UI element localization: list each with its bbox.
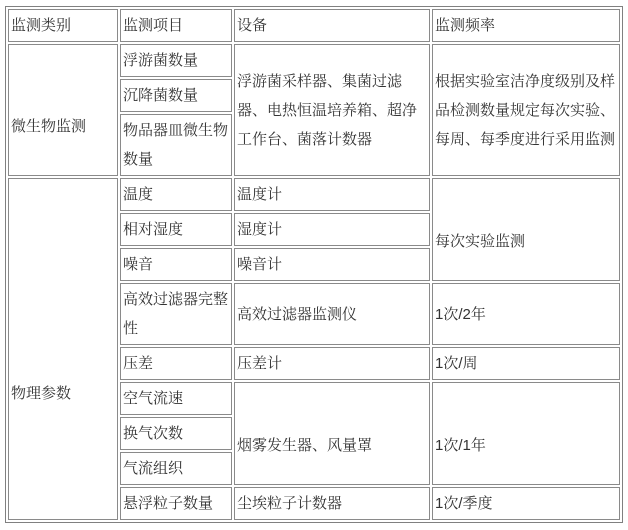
cell-item-temperature: 温度	[120, 178, 232, 211]
cell-equipment-particle-counter: 尘埃粒子计数器	[234, 487, 430, 520]
cell-equipment-sound-meter: 噪音计	[234, 248, 430, 281]
cell-text: 物理参数	[11, 379, 71, 408]
cell-frequency-hepa: 1次/2年	[432, 283, 620, 345]
cell-text: 1次/1年	[435, 431, 486, 460]
cell-frequency-airflow: 1次/1年	[432, 382, 620, 485]
cell-text: 每次实验监测	[435, 227, 525, 256]
page: 监测类别 监测项目 设备 监测频率 微生物监测 浮游菌数量 浮游菌采样器、集菌过…	[0, 0, 628, 530]
header-monitoring-frequency: 监测频率	[432, 9, 620, 42]
cell-text: 微生物监测	[11, 112, 86, 141]
cell-equipment-hepa-monitor: 高效过滤器监测仪	[234, 283, 430, 345]
cell-equipment-manometer: 压差计	[234, 347, 430, 380]
cell-item-air-change-rate: 换气次数	[120, 417, 232, 450]
header-monitoring-item: 监测项目	[120, 9, 232, 42]
cell-equipment-smoke-generator: 烟雾发生器、风量罩	[234, 382, 430, 485]
cell-item-relative-humidity: 相对湿度	[120, 213, 232, 246]
cell-category-physical: 物理参数	[8, 178, 118, 520]
cell-equipment-microbiology: 浮游菌采样器、集菌过滤器、电热恒温培养箱、超净工作台、菌落计数器	[234, 44, 430, 176]
cell-item-noise: 噪音	[120, 248, 232, 281]
cell-item-suspended-particles: 悬浮粒子数量	[120, 487, 232, 520]
cell-item-airflow-pattern: 气流组织	[120, 452, 232, 485]
header-row: 监测类别 监测项目 设备 监测频率	[8, 9, 620, 42]
monitoring-table: 监测类别 监测项目 设备 监测频率 微生物监测 浮游菌数量 浮游菌采样器、集菌过…	[5, 6, 623, 523]
cell-item-airborne-bacteria: 浮游菌数量	[120, 44, 232, 77]
table-row: 物理参数 温度 温度计 每次实验监测	[8, 178, 620, 211]
table-row: 微生物监测 浮游菌数量 浮游菌采样器、集菌过滤器、电热恒温培养箱、超净工作台、菌…	[8, 44, 620, 77]
header-monitoring-category: 监测类别	[8, 9, 118, 42]
cell-item-hepa-integrity: 高效过滤器完整性	[120, 283, 232, 345]
cell-item-air-velocity: 空气流速	[120, 382, 232, 415]
cell-frequency-pressure: 1次/周	[432, 347, 620, 380]
cell-frequency-each-experiment: 每次实验监测	[432, 178, 620, 281]
cell-equipment-thermometer: 温度计	[234, 178, 430, 211]
cell-frequency-microbiology: 根据实验室洁净度级别及样品检测数量规定每次实验、每周、每季度进行采用监测	[432, 44, 620, 176]
cell-item-pressure-differential: 压差	[120, 347, 232, 380]
cell-text: 烟雾发生器、风量罩	[237, 431, 372, 460]
cell-item-utensil-microbes: 物品器皿微生物数量	[120, 114, 232, 176]
cell-frequency-particles: 1次/季度	[432, 487, 620, 520]
header-equipment: 设备	[234, 9, 430, 42]
cell-category-microbiology: 微生物监测	[8, 44, 118, 176]
cell-equipment-hygrometer: 湿度计	[234, 213, 430, 246]
cell-item-settling-bacteria: 沉降菌数量	[120, 79, 232, 112]
